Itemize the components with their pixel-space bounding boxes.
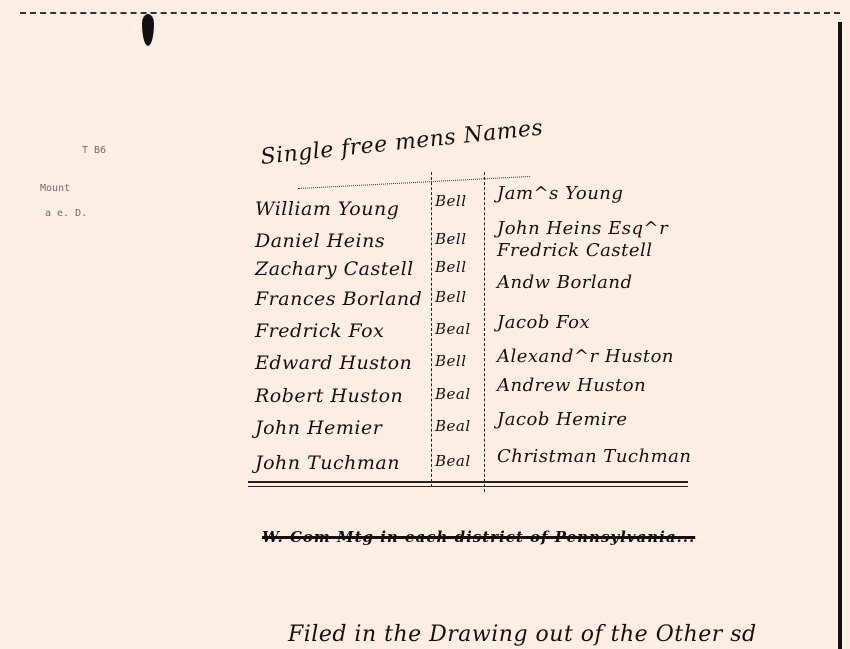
name-cell: John Hemier <box>255 417 382 439</box>
table-row: John Hemier Beal Jacob Hemire <box>255 417 715 447</box>
struck-out-line: W. Com Mtg in each district of Pennsylva… <box>262 528 695 546</box>
table-row: Frances Borland Bell Andw Borland <box>255 288 715 318</box>
parent-cell: Jacob Fox <box>497 312 590 333</box>
table-row: John Tuchman Beal Christman Tuchman <box>255 452 715 482</box>
name-cell: Robert Huston <box>255 385 403 407</box>
parent-cell: Jacob Hemire <box>497 409 628 430</box>
township-cell: Bell <box>435 352 467 370</box>
name-cell: Frances Borland <box>255 288 422 310</box>
page-right-edge <box>838 22 842 649</box>
name-cell: William Young <box>255 198 399 220</box>
parent-cell: Fredrick Castell <box>497 240 652 261</box>
township-cell: Beal <box>435 385 471 403</box>
name-cell: Edward Huston <box>255 352 412 374</box>
parent-cell: Jam^s Young <box>497 183 623 204</box>
township-cell: Beal <box>435 417 471 435</box>
name-cell: John Tuchman <box>255 452 400 474</box>
name-cell: Zachary Castell <box>255 258 414 280</box>
page-top-edge <box>20 12 840 16</box>
name-cell: Daniel Heins <box>255 230 385 252</box>
heading-rule <box>298 176 530 189</box>
township-cell: Beal <box>435 320 471 338</box>
township-cell: Bell <box>435 288 467 306</box>
table-row: Robert Huston Beal Andrew Huston <box>255 385 715 415</box>
table-bottom-rule <box>248 486 688 487</box>
township-cell: Bell <box>435 230 467 248</box>
parent-cell: Andrew Huston <box>497 375 646 396</box>
margin-fragment: T B6 <box>82 145 106 156</box>
margin-fragment: a e. D. <box>45 208 87 219</box>
parent-cell: Alexand^r Huston <box>497 346 674 367</box>
township-cell: Beal <box>435 452 471 470</box>
parent-cell: John Heins Esq^r <box>497 218 668 239</box>
name-cell: Fredrick Fox <box>255 320 384 342</box>
township-cell: Bell <box>435 258 467 276</box>
parent-cell: Andw Borland <box>497 272 633 293</box>
list-heading: Single free mens Names <box>259 115 544 170</box>
ink-blot <box>142 14 154 46</box>
township-cell: Bell <box>435 192 467 210</box>
margin-fragment: Mount <box>40 183 70 194</box>
table-row: Zachary Castell Bell Fredrick Castell <box>255 258 715 288</box>
bottom-note: Filed in the Drawing out of the Other sd <box>288 622 757 647</box>
document-page: T B6 Mount a e. D. Single free mens Name… <box>0 0 850 649</box>
table-bottom-rule <box>248 481 688 483</box>
parent-cell: Christman Tuchman <box>497 446 691 467</box>
